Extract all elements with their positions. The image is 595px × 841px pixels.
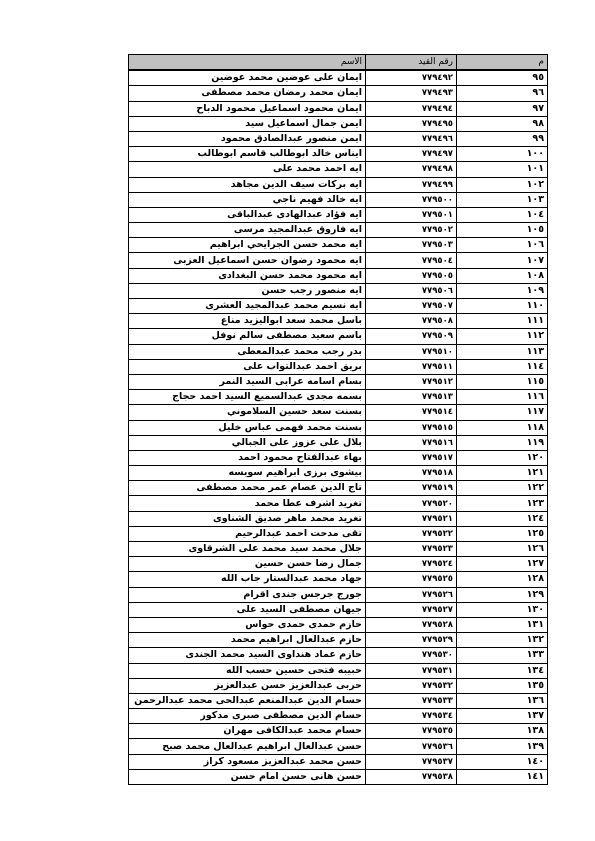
- row-number: ١١٦: [457, 390, 548, 405]
- table-row: ١٣٦٧٧٩٥٣٣حسام الدين عبدالمنعم عبدالحى مح…: [129, 693, 548, 708]
- registration-number: ٧٧٩٥٢٥: [366, 572, 457, 587]
- registration-number: ٧٧٩٥١٤: [366, 405, 457, 420]
- registration-number: ٧٧٩٥١٢: [366, 374, 457, 389]
- table-row: ١٢٦٧٧٩٥٢٣جلال محمد سيد محمد على الشرقاوى: [129, 542, 548, 557]
- student-name: حازم عماد هنداوى السيد محمد الجندى: [129, 648, 366, 663]
- row-number: ١٢١: [457, 466, 548, 481]
- registration-number: ٧٧٩٤٩٦: [366, 131, 457, 146]
- table-row: ١٠٠٧٧٩٤٩٧ايناس خالد ابوطالب قاسم ابوطالب: [129, 147, 548, 162]
- row-number: ١٣٧: [457, 709, 548, 724]
- row-number: ١٣٨: [457, 724, 548, 739]
- row-number: ١٣٣: [457, 648, 548, 663]
- student-name: حسام الدين مصطفى صبرى مدكور: [129, 709, 366, 724]
- table-row: ١١٦٧٧٩٥١٣بسمه مجدى عبدالسميع السيد احمد …: [129, 390, 548, 405]
- table-row: ١٠٥٧٧٩٥٠٢ايه فاروق عبدالمجيد مرسى: [129, 223, 548, 238]
- row-number: ١٢٩: [457, 587, 548, 602]
- table-row: ١٤٠٧٧٩٥٣٧حسن محمد عبدالعزيز مسعود كراز: [129, 754, 548, 769]
- registration-number: ٧٧٩٥٠٩: [366, 329, 457, 344]
- table-row: ١٢١٧٧٩٥١٨بيشوى برزى ابراهيم سويسه: [129, 466, 548, 481]
- student-name: بهاء عبدالفتاح محمود احمد: [129, 450, 366, 465]
- student-name: بسمه مجدى عبدالسميع السيد احمد حجاج: [129, 390, 366, 405]
- row-number: ١٢٨: [457, 572, 548, 587]
- row-number: ١٣٤: [457, 663, 548, 678]
- row-number: ٩٥: [457, 70, 548, 86]
- table-row: ١٢٣٧٧٩٥٢٠تغريد اشرف عطا محمد: [129, 496, 548, 511]
- registration-number: ٧٧٩٥٠١: [366, 207, 457, 222]
- student-name: ايمان محمد رمضان محمد مصطفى: [129, 86, 366, 101]
- student-name: ايه محمد حسن الجرايحي ابراهيم: [129, 238, 366, 253]
- student-name: باسل محمد سعد ابواليزيد مناع: [129, 314, 366, 329]
- student-name: ايمان على عوضين محمد عوضين: [129, 70, 366, 86]
- registration-number: ٧٧٩٥١٥: [366, 420, 457, 435]
- registration-number: ٧٧٩٥٣٨: [366, 769, 457, 784]
- student-name: تقى مدحت احمد عبدالرحيم: [129, 526, 366, 541]
- row-number: ١٢٠: [457, 450, 548, 465]
- registration-number: ٧٧٩٥٠٧: [366, 299, 457, 314]
- table-row: ٩٨٧٧٩٤٩٥ايمن جمال اسماعيل سيد: [129, 116, 548, 131]
- registration-number: ٧٧٩٤٩٢: [366, 70, 457, 86]
- registration-number: ٧٧٩٤٩٧: [366, 147, 457, 162]
- registration-number: ٧٧٩٥٠٤: [366, 253, 457, 268]
- row-number: ٩٧: [457, 101, 548, 116]
- student-name: تغريد محمد ماهر صديق الشناوى: [129, 511, 366, 526]
- row-number: ١٢٢: [457, 481, 548, 496]
- row-number: ١١٢: [457, 329, 548, 344]
- registration-number: ٧٧٩٥٣٤: [366, 709, 457, 724]
- student-name: حسام الدين عبدالمنعم عبدالحى محمد عبدالر…: [129, 693, 366, 708]
- registration-number: ٧٧٩٥٠٥: [366, 268, 457, 283]
- table-row: ١١٢٧٧٩٥٠٩باسم سعيد مصطفى سالم نوفل: [129, 329, 548, 344]
- row-number: ١٠٦: [457, 238, 548, 253]
- header-name: الاسم: [129, 55, 366, 71]
- table-row: ١٣٠٧٧٩٥٢٧جيهان مصطفى السيد على: [129, 602, 548, 617]
- row-number: ١٣٢: [457, 633, 548, 648]
- registration-number: ٧٧٩٥٢٤: [366, 557, 457, 572]
- student-name: باسم سعيد مصطفى سالم نوفل: [129, 329, 366, 344]
- student-name: حازم حمدى حمدى حواس: [129, 617, 366, 632]
- student-name: ايمن جمال اسماعيل سيد: [129, 116, 366, 131]
- student-name: ايه منصور رجب حسن: [129, 283, 366, 298]
- registration-number: ٧٧٩٥٣٥: [366, 724, 457, 739]
- row-number: ١٢٥: [457, 526, 548, 541]
- table-row: ١٢٤٧٧٩٥٢١تغريد محمد ماهر صديق الشناوى: [129, 511, 548, 526]
- table-row: ١٣٢٧٧٩٥٢٩حازم عبدالعال ابراهيم محمد: [129, 633, 548, 648]
- row-number: ٩٦: [457, 86, 548, 101]
- student-name: ايه محمود محمد حسن البغدادى: [129, 268, 366, 283]
- document-page: م رقم القيد الاسم ٩٥٧٧٩٤٩٢ايمان على عوضي…: [0, 0, 595, 841]
- table-header: م رقم القيد الاسم: [129, 55, 548, 71]
- registration-number: ٧٧٩٥١١: [366, 359, 457, 374]
- registration-number: ٧٧٩٥١٨: [366, 466, 457, 481]
- student-name: حسن هانى حسن امام حسن: [129, 769, 366, 784]
- registration-number: ٧٧٩٥٢١: [366, 511, 457, 526]
- table-row: ١١١٧٧٩٥٠٨باسل محمد سعد ابواليزيد مناع: [129, 314, 548, 329]
- registration-number: ٧٧٩٥٠٦: [366, 283, 457, 298]
- registration-number: ٧٧٩٥٠٣: [366, 238, 457, 253]
- student-name: ايه محمود رضوان حسن اسماعيل العزبى: [129, 253, 366, 268]
- row-number: ١٠٨: [457, 268, 548, 283]
- registration-number: ٧٧٩٥٢٢: [366, 526, 457, 541]
- row-number: ١٠٤: [457, 207, 548, 222]
- row-number: ١٣٠: [457, 602, 548, 617]
- row-number: ١٢٣: [457, 496, 548, 511]
- row-number: ٩٨: [457, 116, 548, 131]
- table-row: ١٤١٧٧٩٥٣٨حسن هانى حسن امام حسن: [129, 769, 548, 784]
- table-row: ١٣١٧٧٩٥٢٨حازم حمدى حمدى حواس: [129, 617, 548, 632]
- student-name: بيشوى برزى ابراهيم سويسه: [129, 466, 366, 481]
- row-number: ١١٣: [457, 344, 548, 359]
- registration-number: ٧٧٩٥٢٦: [366, 587, 457, 602]
- registration-number: ٧٧٩٥٢٨: [366, 617, 457, 632]
- table-row: ١٠٦٧٧٩٥٠٣ايه محمد حسن الجرايحي ابراهيم: [129, 238, 548, 253]
- student-name: تغريد اشرف عطا محمد: [129, 496, 366, 511]
- student-name: بسنت سعد حسين السلاموني: [129, 405, 366, 420]
- student-name: جيهان مصطفى السيد على: [129, 602, 366, 617]
- table-row: ١٢٠٧٧٩٥١٧بهاء عبدالفتاح محمود احمد: [129, 450, 548, 465]
- student-name: بسام اسامه عرابى السيد النمر: [129, 374, 366, 389]
- table-row: ١٢٧٧٧٩٥٢٤جمال رضا حسن حسين: [129, 557, 548, 572]
- row-number: ١٠٠: [457, 147, 548, 162]
- student-name: جلال محمد سيد محمد على الشرقاوى: [129, 542, 366, 557]
- registration-number: ٧٧٩٥١٠: [366, 344, 457, 359]
- table-row: ١٣٤٧٧٩٥٣١حبيبه فتحى حسين حسب الله: [129, 663, 548, 678]
- registration-number: ٧٧٩٥١٩: [366, 481, 457, 496]
- row-number: ١٣٦: [457, 693, 548, 708]
- registration-number: ٧٧٩٥٢٩: [366, 633, 457, 648]
- row-number: ١٢٦: [457, 542, 548, 557]
- registration-number: ٧٧٩٥٠٨: [366, 314, 457, 329]
- row-number: ١١١: [457, 314, 548, 329]
- row-number: ١٤٠: [457, 754, 548, 769]
- registration-number: ٧٧٩٥٢٧: [366, 602, 457, 617]
- row-number: ١١٥: [457, 374, 548, 389]
- row-number: ١٤١: [457, 769, 548, 784]
- table-row: ١٠٩٧٧٩٥٠٦ايه منصور رجب حسن: [129, 283, 548, 298]
- registration-number: ٧٧٩٥١٣: [366, 390, 457, 405]
- table-row: ١٣٩٧٧٩٥٣٦حسن عبدالعال ابراهيم عبدالعال م…: [129, 739, 548, 754]
- table-row: ١٠٤٧٧٩٥٠١ايه فؤاد عبدالهادى عبدالباقى: [129, 207, 548, 222]
- row-number: ١٣٩: [457, 739, 548, 754]
- registration-number: ٧٧٩٥٣٧: [366, 754, 457, 769]
- registration-number: ٧٧٩٥١٦: [366, 435, 457, 450]
- table-row: ٩٩٧٧٩٤٩٦ايمن منصور عبدالصادق محمود: [129, 131, 548, 146]
- row-number: ١١٨: [457, 420, 548, 435]
- table-row: ٩٦٧٧٩٤٩٣ايمان محمد رمضان محمد مصطفى: [129, 86, 548, 101]
- row-number: ١٠١: [457, 162, 548, 177]
- row-number: ١٣١: [457, 617, 548, 632]
- student-name: بدر رجب محمد عبدالمعطى: [129, 344, 366, 359]
- student-name: ايمن منصور عبدالصادق محمود: [129, 131, 366, 146]
- registration-number: ٧٧٩٥٣٣: [366, 693, 457, 708]
- student-roster-table: م رقم القيد الاسم ٩٥٧٧٩٤٩٢ايمان على عوضي…: [128, 54, 548, 785]
- header-row: م رقم القيد الاسم: [129, 55, 548, 71]
- student-name: ايه فاروق عبدالمجيد مرسى: [129, 223, 366, 238]
- registration-number: ٧٧٩٥٣٢: [366, 678, 457, 693]
- table-row: ١١٩٧٧٩٥١٦بلال على عزوز على الجبالي: [129, 435, 548, 450]
- student-name: ايمان محمود اسماعيل محمود الدباح: [129, 101, 366, 116]
- table-row: ١٣٣٧٧٩٥٣٠حازم عماد هنداوى السيد محمد الج…: [129, 648, 548, 663]
- row-number: ١٢٤: [457, 511, 548, 526]
- student-name: جورج جرجس جندى اقرام: [129, 587, 366, 602]
- registration-number: ٧٧٩٤٩٤: [366, 101, 457, 116]
- table-row: ١٠١٧٧٩٤٩٨ايه احمد محمد على: [129, 162, 548, 177]
- header-reg: رقم القيد: [366, 55, 457, 71]
- student-name: ايناس خالد ابوطالب قاسم ابوطالب: [129, 147, 366, 162]
- table-row: ١٢٨٧٧٩٥٢٥جهاد محمد عبدالستار جاب الله: [129, 572, 548, 587]
- student-name: حسن عبدالعال ابراهيم عبدالعال محمد صبح: [129, 739, 366, 754]
- registration-number: ٧٧٩٥٣٠: [366, 648, 457, 663]
- student-name: ايه نسيم محمد عبدالمجيد العشرى: [129, 299, 366, 314]
- registration-number: ٧٧٩٥٢٣: [366, 542, 457, 557]
- row-number: ١١٤: [457, 359, 548, 374]
- registration-number: ٧٧٩٥٠٢: [366, 223, 457, 238]
- table-row: ١٠٢٧٧٩٤٩٩ايه بركات سيف الدين مجاهد: [129, 177, 548, 192]
- table-row: ١٠٧٧٧٩٥٠٤ايه محمود رضوان حسن اسماعيل الع…: [129, 253, 548, 268]
- student-name: ايه خالد فهيم ناجي: [129, 192, 366, 207]
- table-row: ٩٧٧٧٩٤٩٤ايمان محمود اسماعيل محمود الدباح: [129, 101, 548, 116]
- table-row: ١٠٨٧٧٩٥٠٥ايه محمود محمد حسن البغدادى: [129, 268, 548, 283]
- student-name: بسنت محمد فهمى عباس خليل: [129, 420, 366, 435]
- student-name: جهاد محمد عبدالستار جاب الله: [129, 572, 366, 587]
- row-number: ١٢٧: [457, 557, 548, 572]
- table-row: ١١٣٧٧٩٥١٠بدر رجب محمد عبدالمعطى: [129, 344, 548, 359]
- table-row: ١٢٩٧٧٩٥٢٦جورج جرجس جندى اقرام: [129, 587, 548, 602]
- student-name: حبيبه فتحى حسين حسب الله: [129, 663, 366, 678]
- registration-number: ٧٧٩٥٠٠: [366, 192, 457, 207]
- table-row: ١٣٧٧٧٩٥٣٤حسام الدين مصطفى صبرى مدكور: [129, 709, 548, 724]
- student-name: ايه بركات سيف الدين مجاهد: [129, 177, 366, 192]
- registration-number: ٧٧٩٤٩٩: [366, 177, 457, 192]
- student-name: تاج الدين عصام عمر محمد مصطفى: [129, 481, 366, 496]
- student-name: بلال على عزوز على الجبالي: [129, 435, 366, 450]
- row-number: ١١٧: [457, 405, 548, 420]
- student-name: حسام محمد عبدالكافى مهران: [129, 724, 366, 739]
- registration-number: ٧٧٩٥٣٦: [366, 739, 457, 754]
- row-number: ١٠٥: [457, 223, 548, 238]
- registration-number: ٧٧٩٤٩٥: [366, 116, 457, 131]
- student-name: حازم عبدالعال ابراهيم محمد: [129, 633, 366, 648]
- student-name: بريق احمد عبدالتواب على: [129, 359, 366, 374]
- registration-number: ٧٧٩٥٣١: [366, 663, 457, 678]
- table-row: ١١٤٧٧٩٥١١بريق احمد عبدالتواب على: [129, 359, 548, 374]
- table-row: ١٢٥٧٧٩٥٢٢تقى مدحت احمد عبدالرحيم: [129, 526, 548, 541]
- table-row: ١٢٢٧٧٩٥١٩تاج الدين عصام عمر محمد مصطفى: [129, 481, 548, 496]
- row-number: ٩٩: [457, 131, 548, 146]
- table-body: ٩٥٧٧٩٤٩٢ايمان على عوضين محمد عوضين٩٦٧٧٩٤…: [129, 70, 548, 784]
- row-number: ١١٩: [457, 435, 548, 450]
- student-name: جمال رضا حسن حسين: [129, 557, 366, 572]
- table-row: ١١٥٧٧٩٥١٢بسام اسامه عرابى السيد النمر: [129, 374, 548, 389]
- table-row: ١١٨٧٧٩٥١٥بسنت محمد فهمى عباس خليل: [129, 420, 548, 435]
- row-number: ١٠٧: [457, 253, 548, 268]
- student-name: ايه احمد محمد على: [129, 162, 366, 177]
- header-num: م: [457, 55, 548, 71]
- row-number: ١٠٣: [457, 192, 548, 207]
- student-name: حربى عبدالعزيز حسن عبدالعزيز: [129, 678, 366, 693]
- table-row: ١١٠٧٧٩٥٠٧ايه نسيم محمد عبدالمجيد العشرى: [129, 299, 548, 314]
- registration-number: ٧٧٩٥٢٠: [366, 496, 457, 511]
- registration-number: ٧٧٩٤٩٨: [366, 162, 457, 177]
- table-row: ١٣٨٧٧٩٥٣٥حسام محمد عبدالكافى مهران: [129, 724, 548, 739]
- table-row: ١٠٣٧٧٩٥٠٠ايه خالد فهيم ناجي: [129, 192, 548, 207]
- row-number: ١١٠: [457, 299, 548, 314]
- student-name: حسن محمد عبدالعزيز مسعود كراز: [129, 754, 366, 769]
- table-row: ١١٧٧٧٩٥١٤بسنت سعد حسين السلاموني: [129, 405, 548, 420]
- row-number: ١٠٩: [457, 283, 548, 298]
- registration-number: ٧٧٩٤٩٣: [366, 86, 457, 101]
- row-number: ١٠٢: [457, 177, 548, 192]
- table-row: ١٣٥٧٧٩٥٣٢حربى عبدالعزيز حسن عبدالعزيز: [129, 678, 548, 693]
- student-name: ايه فؤاد عبدالهادى عبدالباقى: [129, 207, 366, 222]
- registration-number: ٧٧٩٥١٧: [366, 450, 457, 465]
- table-row: ٩٥٧٧٩٤٩٢ايمان على عوضين محمد عوضين: [129, 70, 548, 86]
- row-number: ١٣٥: [457, 678, 548, 693]
